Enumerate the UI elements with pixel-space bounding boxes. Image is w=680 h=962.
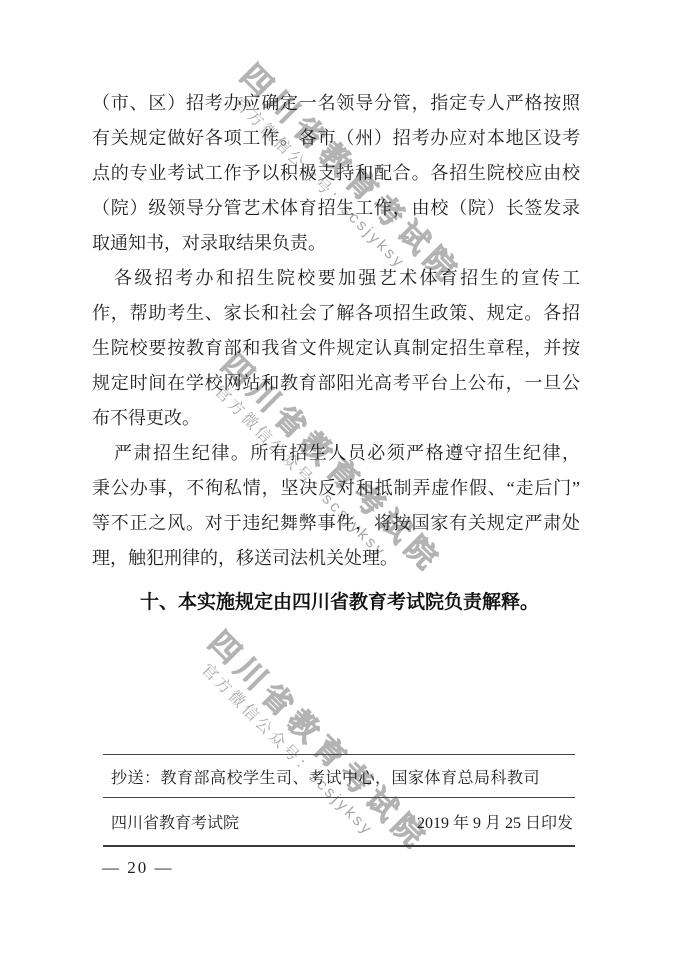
body-line: 各级招考办和招生院校要加强艺术体育招生的宣传工 bbox=[92, 261, 580, 296]
body-line: 秉公办事，不徇私情，坚决反对和抵制弄虚作假、“走后门” bbox=[92, 471, 580, 506]
body-line: 作，帮助考生、家长和社会了解各项招生政策、规定。各招 bbox=[92, 296, 580, 331]
body-line: 布不得更改。 bbox=[92, 401, 580, 436]
body-line: （市、区）招考办应确定一名领导分管，指定专人严格按照 bbox=[92, 86, 580, 121]
cc-line: 抄送：教育部高校学生司、考试中心，国家体育总局科教司 bbox=[103, 755, 575, 797]
body-line: 点的专业考试工作予以积极支持和配合。各招生院校应由校 bbox=[92, 156, 580, 191]
page-number: — 20 — bbox=[102, 858, 174, 878]
body-line: 严肃招生纪律。所有招生人员必须严格遵守招生纪律， bbox=[92, 436, 580, 471]
body-text: （市、区）招考办应确定一名领导分管，指定专人严格按照 有关规定做好各项工作。各市… bbox=[92, 86, 580, 620]
print-date: 2019 年 9 月 25 日印发 bbox=[417, 810, 573, 833]
body-line: 等不正之风。对于违纪舞弊事件，将按国家有关规定严肃处 bbox=[92, 506, 580, 541]
issue-row: 四川省教育考试院 2019 年 9 月 25 日印发 bbox=[103, 798, 575, 845]
section-heading: 十、本实施规定由四川省教育考试院负责解释。 bbox=[92, 585, 580, 620]
footer-rule-bottom bbox=[103, 845, 575, 847]
issuer: 四川省教育考试院 bbox=[111, 810, 239, 833]
body-line: 生院校要按教育部和我省文件规定认真制定招生章程，并按 bbox=[92, 331, 580, 366]
body-line: 理，触犯刑律的，移送司法机关处理。 bbox=[92, 541, 580, 576]
body-line: 规定时间在学校网站和教育部阳光高考平台上公布，一旦公 bbox=[92, 366, 580, 401]
body-line: 取通知书，对录取结果负责。 bbox=[92, 226, 580, 261]
footer: 抄送：教育部高校学生司、考试中心，国家体育总局科教司 四川省教育考试院 2019… bbox=[103, 754, 575, 847]
body-line: 有关规定做好各项工作。各市（州）招考办应对本地区设考 bbox=[92, 121, 580, 156]
body-line: （院）级领导分管艺术体育招生工作，由校（院）长签发录 bbox=[92, 191, 580, 226]
document-page: 四川省教育考试院 官方微信公众号：scsjyksy 四川省教育考试院 官方微信公… bbox=[0, 0, 680, 962]
